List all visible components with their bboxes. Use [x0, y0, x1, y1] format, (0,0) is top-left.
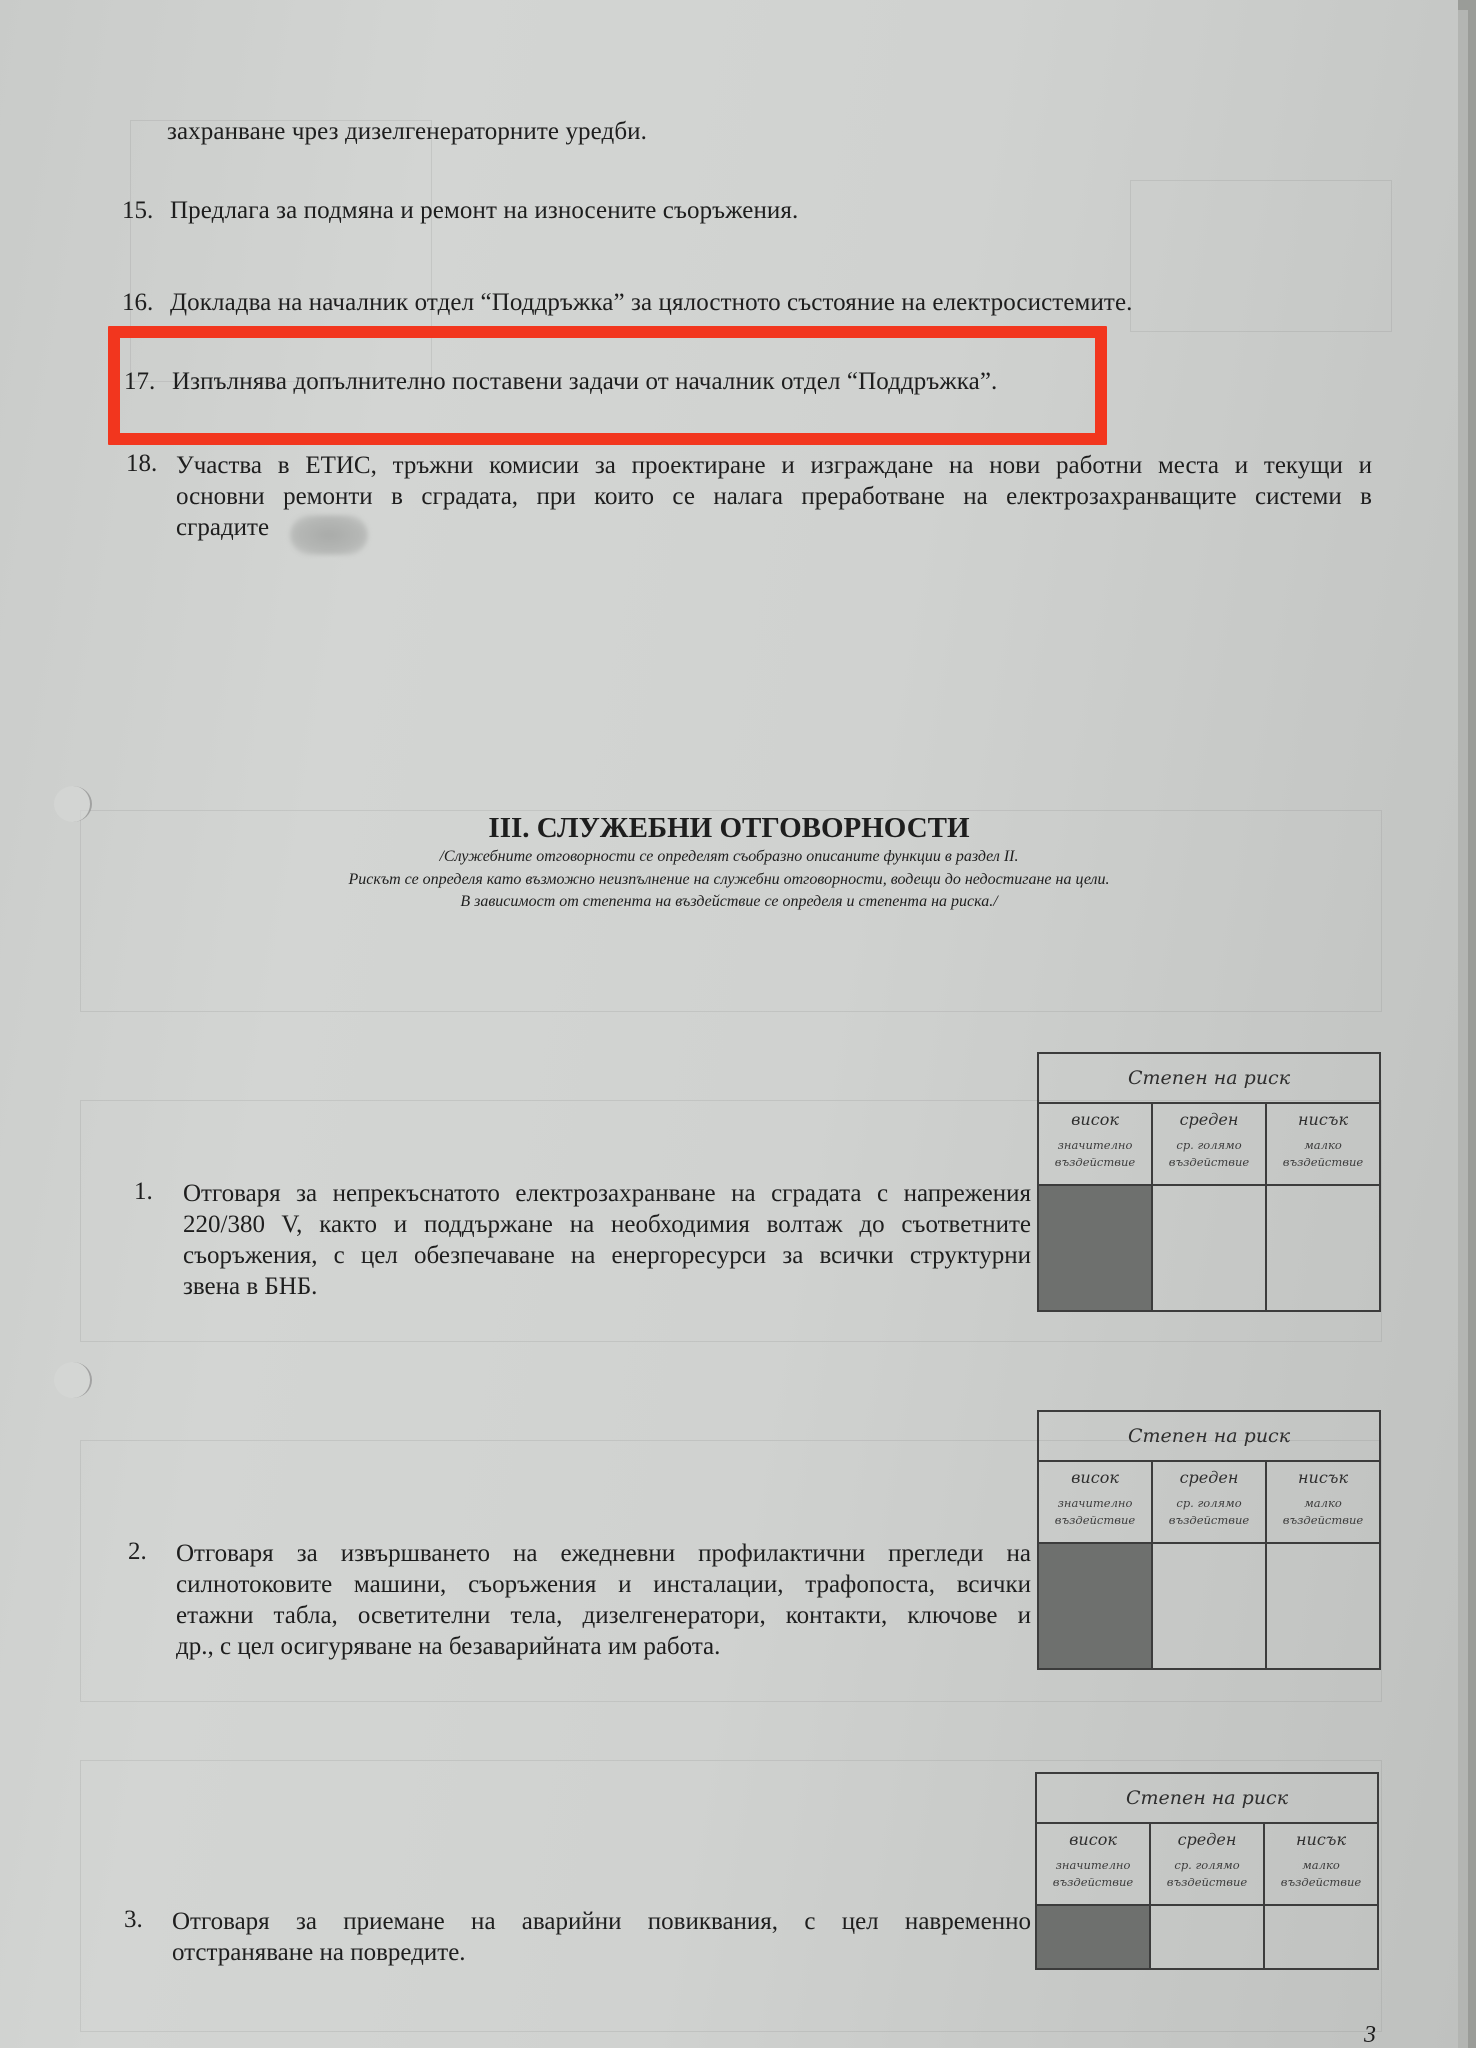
risk-table-1: Степен на риск високзначителновъздействи…	[1037, 1052, 1381, 1312]
risk-cell-low	[1266, 1185, 1380, 1311]
risk-cell-high	[1036, 1905, 1150, 1969]
risk-table-title: Степен на риск	[1038, 1053, 1380, 1103]
risk-level-high: високзначителновъздействие	[1038, 1103, 1152, 1185]
show-through-table	[1130, 180, 1392, 332]
item-16-text: Докладва на началник отдел “Поддръжка” з…	[170, 289, 1133, 317]
risk-cell-medium	[1152, 1185, 1266, 1311]
document-page: захранване чрез дизелгенераторните уредб…	[0, 0, 1458, 2048]
item-18-line: основни ремонти в сградата, при които се…	[176, 481, 1372, 512]
risk-table-2: Степен на риск високзначителновъздействи…	[1037, 1410, 1381, 1670]
item-17-number: 17.	[124, 368, 155, 396]
responsibility-3-text: Отговаря за приемане на аварийни повиква…	[172, 1906, 1031, 1968]
section-note-line: В зависимост от степента на въздействие …	[0, 893, 1458, 911]
risk-table-title: Степен на риск	[1038, 1411, 1380, 1461]
punch-hole	[54, 1362, 92, 1398]
risk-cell-medium	[1150, 1905, 1264, 1969]
risk-level-medium: среденср. голямовъздействие	[1150, 1823, 1264, 1905]
risk-cell-high	[1038, 1185, 1152, 1311]
carryover-line: захранване чрез дизелгенераторните уредб…	[167, 118, 647, 146]
section-note-line: /Служебните отговорности се определят съ…	[0, 848, 1458, 866]
risk-level-low: нисъкмалковъздействие	[1264, 1823, 1378, 1905]
responsibility-1-number: 1.	[134, 1178, 153, 1206]
risk-cell-high	[1038, 1543, 1152, 1669]
risk-table-3: Степен на риск високзначителновъздействи…	[1035, 1772, 1379, 1970]
risk-level-low: нисъкмалковъздействие	[1266, 1103, 1380, 1185]
underlying-page-edge	[1458, 10, 1468, 2048]
risk-cell-low	[1264, 1905, 1378, 1969]
item-18-line: Участва в ЕТИС, тръжни комисии за проект…	[176, 450, 1372, 481]
section-note-line: Рискът се определя като възможно неизпъл…	[0, 871, 1458, 889]
section-title: III. СЛУЖЕБНИ ОТГОВОРНОСТИ	[0, 812, 1458, 845]
responsibility-2-text: Отговаря за извършването на ежедневни пр…	[176, 1538, 1031, 1662]
risk-level-medium: среденср. голямовъздействие	[1152, 1461, 1266, 1543]
responsibility-3-number: 3.	[124, 1906, 143, 1934]
redacted-area	[290, 515, 368, 555]
risk-level-high: високзначителновъздействие	[1038, 1461, 1152, 1543]
risk-level-low: нисъкмалковъздействие	[1266, 1461, 1380, 1543]
item-15-text: Предлага за подмяна и ремонт на износени…	[170, 197, 798, 225]
responsibility-2-number: 2.	[128, 1538, 147, 1566]
risk-cell-low	[1266, 1543, 1380, 1669]
item-16-number: 16.	[122, 289, 153, 317]
risk-level-high: високзначителновъздействие	[1036, 1823, 1150, 1905]
responsibility-1-text: Отговаря за непрекъснатото електрозахран…	[183, 1178, 1031, 1302]
item-18-number: 18.	[126, 450, 157, 478]
item-17-text: Изпълнява допълнително поставени задачи …	[172, 368, 997, 396]
page-number: 3	[1364, 2022, 1376, 2048]
risk-level-medium: среденср. голямовъздействие	[1152, 1103, 1266, 1185]
item-15-number: 15.	[122, 197, 153, 225]
risk-table-title: Степен на риск	[1036, 1773, 1378, 1823]
risk-cell-medium	[1152, 1543, 1266, 1669]
